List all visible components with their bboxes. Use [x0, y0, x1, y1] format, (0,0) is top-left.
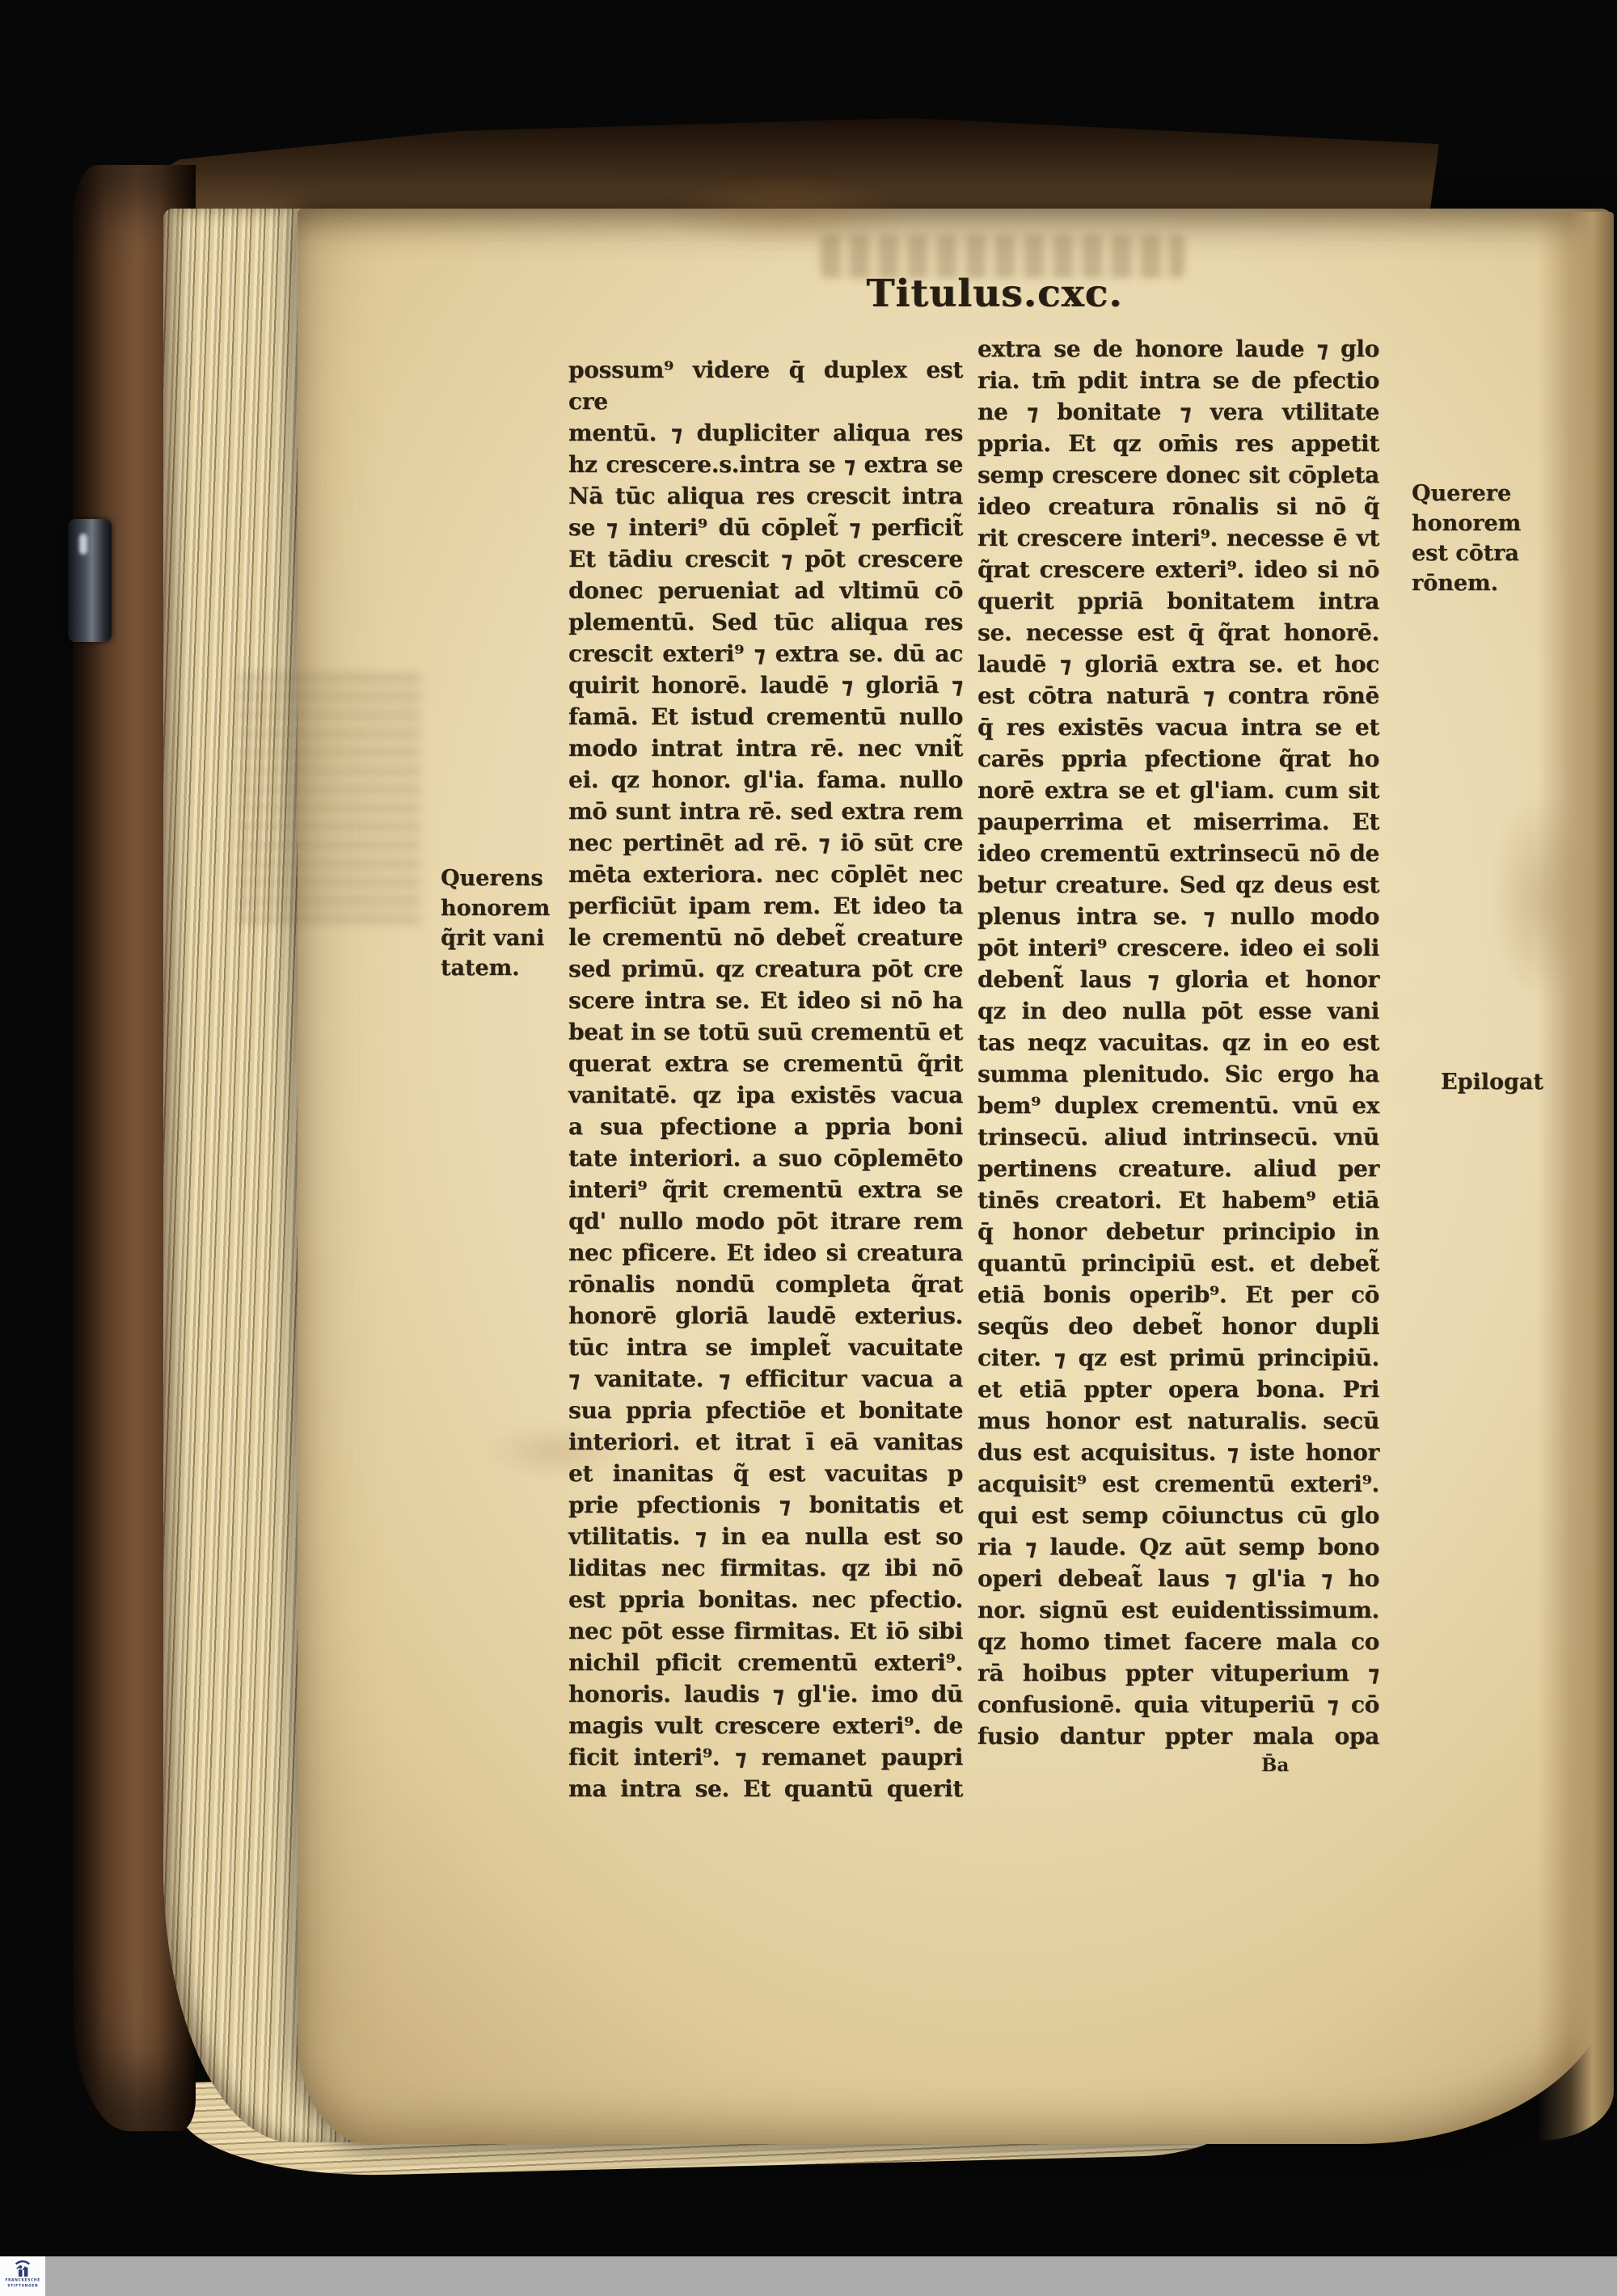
paper-stain — [663, 176, 906, 249]
clasp-glint — [79, 534, 87, 555]
franckesche-stiftungen-watermark: FRANCKESCHE STIFTUNGEN — [0, 2256, 45, 2296]
text-column-right: extra se de honore laude ⁊ glo ria. tm̄ … — [977, 333, 1379, 1752]
paper-stain — [1492, 792, 1589, 1002]
text-column-left: possum⁹ videre q̄ duplex est cre mentū. … — [568, 354, 963, 1804]
margin-note-querens: Querens honorem q̃rit vani tatem. — [441, 863, 570, 983]
spine-clasp — [68, 519, 112, 642]
watermark-text-line1: FRANCKESCHE — [5, 2278, 40, 2282]
page-title: Titulus.cxc. — [825, 273, 1164, 315]
margin-note-epilogat: Epilogat — [1441, 1067, 1578, 1097]
franckesche-stiftungen-logo-icon — [14, 2258, 32, 2277]
scan-bottom-strip: FRANCKESCHE STIFTUNGEN — [0, 2256, 1617, 2296]
bleedthrough-smudge-left — [236, 673, 420, 923]
watermark-text-line2: STIFTUNGEN — [7, 2284, 38, 2288]
quire-signature-mark: B̄a — [1261, 1756, 1289, 1775]
margin-note-querere: Querere honorem est cōtra rōnem. — [1412, 479, 1549, 598]
photo-background: Titulus.cxc. possum⁹ videre q̄ duplex es… — [0, 0, 1617, 2296]
page-right-edge — [1538, 212, 1614, 2141]
